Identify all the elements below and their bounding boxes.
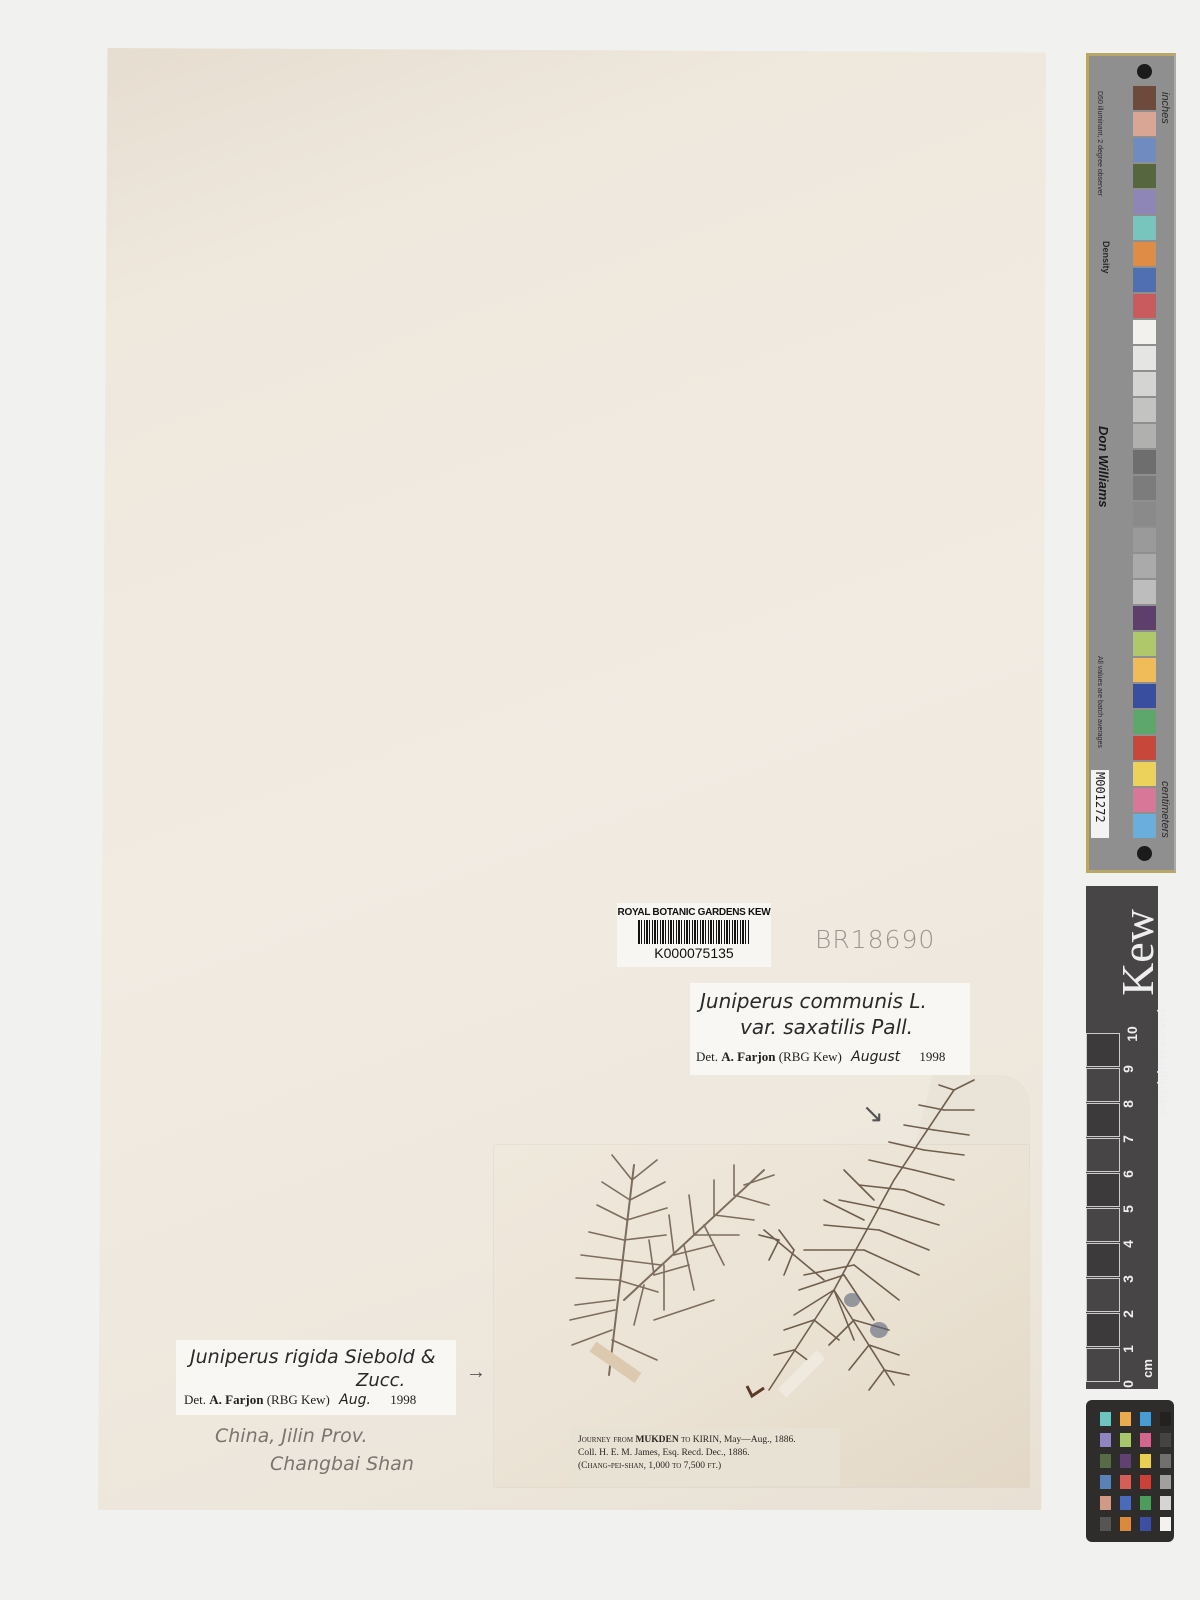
ruler-tick-label: 1 [1120,1345,1136,1353]
ruler-block [1086,1348,1120,1382]
ruler-tick-label: 10 [1124,1026,1140,1042]
color-patch [1133,814,1156,838]
centimeters-label: centimeters [1159,781,1171,838]
checker-patch [1160,1433,1171,1447]
mounting-strap [778,1350,825,1397]
checker-patch [1160,1475,1171,1489]
color-patch [1133,450,1156,474]
checker-patch [1160,1412,1171,1426]
mounting-strap [590,1342,642,1383]
color-patch [1133,580,1156,604]
checker-patch [1160,1517,1171,1531]
checker-patch [1120,1433,1131,1447]
locality-line1: China, Jilin Prov. [215,1425,368,1447]
color-patch [1133,736,1156,760]
ruler-tick-label: 5 [1120,1205,1136,1213]
color-patch [1133,684,1156,708]
det-year: 1998 [919,1049,945,1064]
ruler-tick-label: 2 [1120,1310,1136,1318]
color-patch [1133,424,1156,448]
illuminant-note: D50 illuminant, 2 degree observer [1096,91,1103,196]
det-prefix: Det. [696,1049,718,1064]
checker-patch [1100,1517,1111,1531]
ruler-tick-label: 7 [1120,1135,1136,1143]
color-patch [1133,294,1156,318]
color-patch [1133,216,1156,240]
checker-patch [1140,1433,1151,1447]
juniper-specimen [494,1070,1034,1430]
ruler-tick-label: 3 [1120,1275,1136,1283]
values-note: All values are batch averages [1096,656,1103,748]
determiner-line: Det. A. Farjon (RBG Kew) Aug. 1998 [184,1392,416,1408]
color-patch [1133,112,1156,136]
checker-patch [1100,1496,1111,1510]
det-inst: (RBG Kew) [267,1392,330,1407]
determination-label-rigida: Juniperus rigida Siebold & Zucc. Det. A.… [176,1340,456,1415]
determiner-line: Det. A. Farjon (RBG Kew) August 1998 [696,1049,945,1065]
ruler-block [1086,1278,1120,1312]
ruler-tick-label: 0 [1120,1380,1136,1388]
color-patch [1133,242,1156,266]
color-patch [1133,86,1156,110]
color-patch [1133,320,1156,344]
color-patch [1133,268,1156,292]
ruler-blocks [1086,1033,1120,1389]
ruler-block [1086,1243,1120,1277]
barcode-label: ROYAL BOTANIC GARDENS KEW K000075135 [617,903,771,967]
collector-line3: (Chang-pei-shan, 1,000 to 7,500 ft.) [578,1460,832,1473]
ruler-block [1086,1033,1120,1067]
color-patch [1133,632,1156,656]
checker-patch [1160,1454,1171,1468]
ruler-tick-label: 8 [1120,1100,1136,1108]
accession-number: BR18690 [815,925,935,954]
color-patch [1133,346,1156,370]
det-prefix: Det. [184,1392,206,1407]
det-year: 1998 [390,1392,416,1407]
color-patch [1133,164,1156,188]
det-name: A. Farjon [721,1049,775,1064]
locality-line2: Changbai Shan [270,1453,414,1475]
checker-patch [1140,1517,1151,1531]
ruler-block [1086,1313,1120,1347]
color-patch [1133,710,1156,734]
barcode-icon [638,920,750,944]
checker-patch [1140,1496,1151,1510]
checker-patch [1160,1496,1171,1510]
copyright-notice: copyright reserved [1155,1009,1169,1117]
det-month: Aug. [339,1392,371,1408]
color-patch [1133,606,1156,630]
ruler-block [1086,1068,1120,1102]
checker-patch [1120,1475,1131,1489]
barcode-id: K000075135 [617,945,771,961]
color-patch [1133,762,1156,786]
ruler-block [1086,1103,1120,1137]
ruler-block [1086,1208,1120,1242]
collector-label: Journey from MUKDEN to KIRIN, May—Aug., … [570,1428,840,1486]
color-patch [1133,190,1156,214]
checker-patch [1140,1454,1151,1468]
checker-patch [1100,1475,1111,1489]
checker-patch [1100,1454,1111,1468]
collector-line1: Journey from MUKDEN to KIRIN, May—Aug., … [578,1434,832,1447]
taxon-name-line2: Zucc. [356,1370,405,1391]
taxon-name-line1: Juniperus rigida Siebold & [190,1346,436,1368]
color-patch [1133,372,1156,396]
det-month: August [851,1049,900,1065]
checker-patch [1120,1454,1131,1468]
ruler-tick-label: 6 [1120,1170,1136,1178]
registration-dot-icon [1137,64,1152,79]
checker-patch [1120,1496,1131,1510]
checker-patch [1120,1412,1131,1426]
kew-logo: Kew [1111,909,1164,996]
ruler-block [1086,1138,1120,1172]
ruler-tick-label: 4 [1120,1240,1136,1248]
color-calibration-scale: inches centimeters Density Don Williams … [1086,53,1176,873]
color-patch [1133,554,1156,578]
scale-id-label: M001272 [1091,770,1109,838]
checker-patch [1100,1433,1111,1447]
brand-label: Don Williams [1096,426,1111,508]
unit-label: cm [1140,1359,1155,1378]
color-patch [1133,398,1156,422]
ruler-tick-label: 9 [1120,1065,1136,1073]
registration-dot-icon [1137,846,1152,861]
color-patch [1133,528,1156,552]
checker-patch [1140,1475,1151,1489]
taxon-name-line1: Juniperus communis L. [700,989,927,1013]
color-patch [1133,658,1156,682]
collector-line2: Coll. H. E. M. James, Esq. Recd. Dec., 1… [578,1447,832,1460]
determination-label-communis: Juniperus communis L. var. saxatilis Pal… [690,983,970,1075]
color-patch [1133,502,1156,526]
color-patch [1133,138,1156,162]
det-inst: (RBG Kew) [779,1049,842,1064]
locality-note: China, Jilin Prov. Changbai Shan [215,1425,414,1475]
det-name: A. Farjon [209,1392,263,1407]
density-label: Density [1101,241,1111,274]
ruler-block [1086,1173,1120,1207]
color-checker-card [1086,1400,1174,1542]
checker-patch [1120,1517,1131,1531]
checker-patch [1140,1412,1151,1426]
checker-patch [1100,1412,1111,1426]
arrow-right-icon: → [466,1361,486,1384]
color-patch [1133,476,1156,500]
inches-label: inches [1159,92,1171,124]
institution-name: ROYAL BOTANIC GARDENS KEW [617,907,771,918]
kew-scale-ruler: Kew copyright reserved 012345678910 cm [1086,886,1158,1389]
color-patch [1133,788,1156,812]
taxon-name-line2: var. saxatilis Pall. [740,1015,913,1039]
